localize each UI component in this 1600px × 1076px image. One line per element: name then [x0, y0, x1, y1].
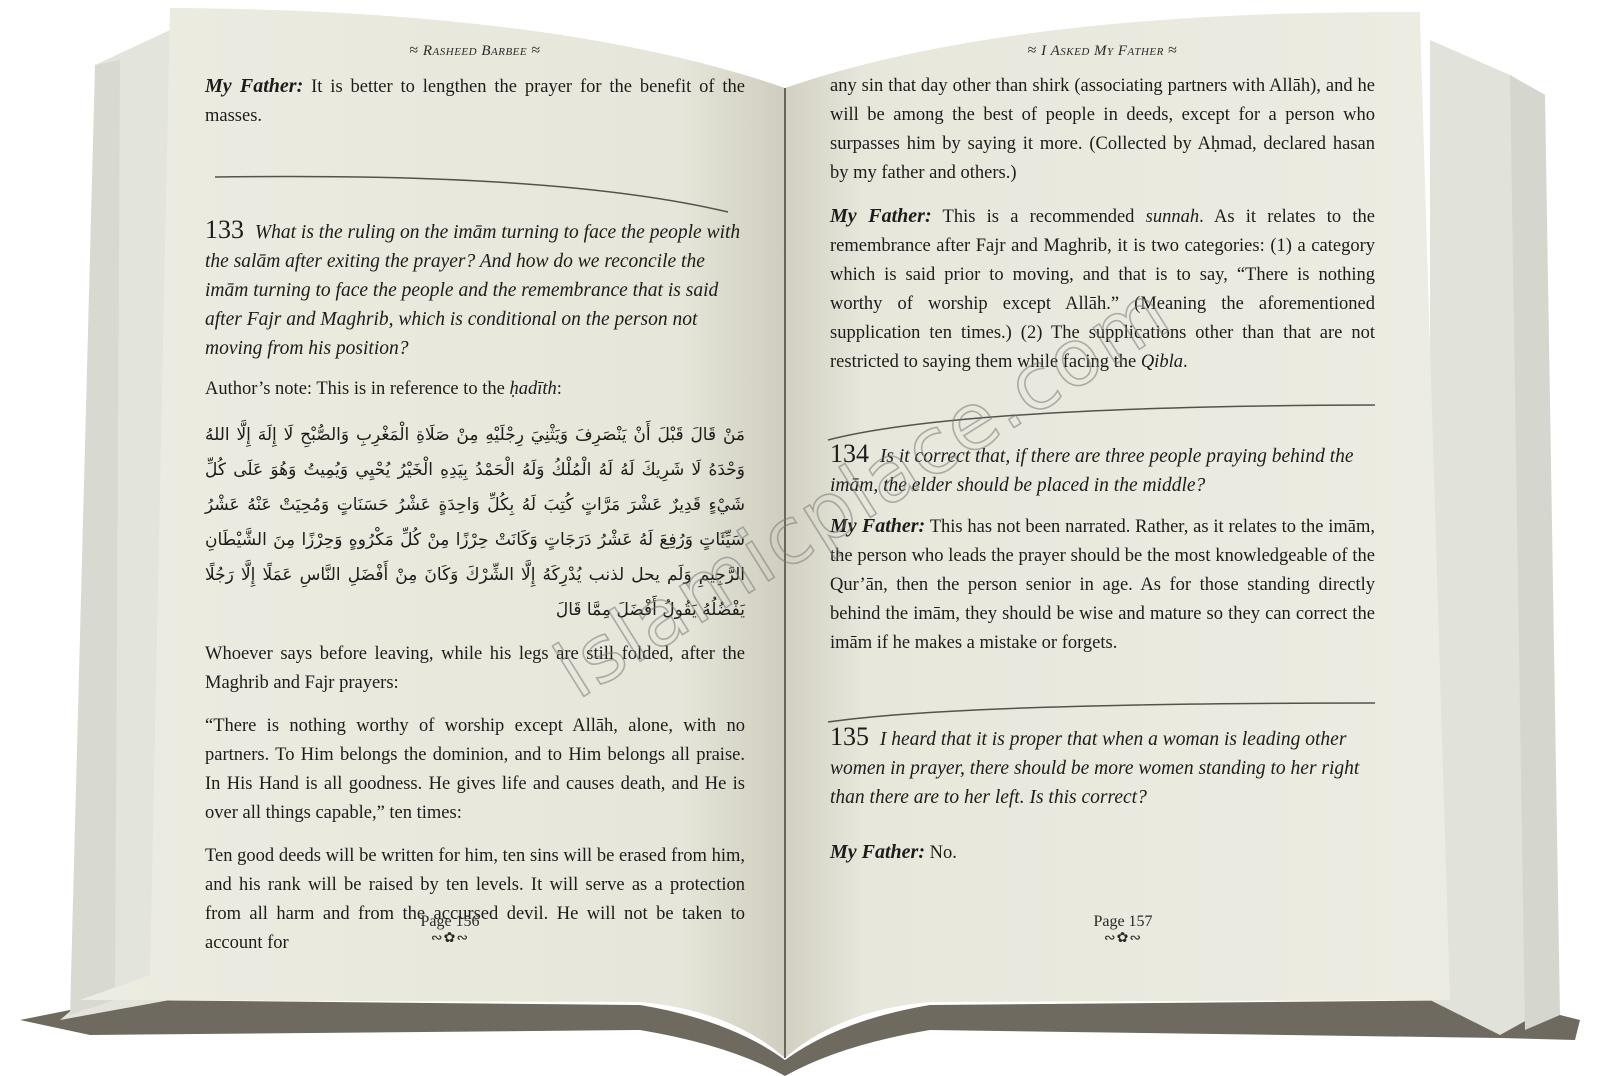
author-note-term: ḥadīth	[510, 379, 557, 399]
question-text: What is the ruling on the imām turning t…	[205, 222, 740, 359]
right-page: ≈ I Asked My Father ≈ any sin that day o…	[830, 40, 1375, 882]
page-number-157: Page 157	[1093, 913, 1152, 930]
author-note-suffix: :	[557, 379, 562, 399]
answer-135: My Father: No.	[830, 838, 1375, 868]
page-number-156: Page 156	[420, 913, 479, 930]
question-text: Is it correct that, if there are three p…	[830, 446, 1354, 496]
term-qibla: Qibla	[1141, 352, 1183, 372]
question-number: 134	[830, 439, 869, 468]
swash-ornament-icon: ≈	[1168, 42, 1177, 59]
speaker-label: My Father:	[830, 841, 925, 863]
question-135: 135 I heard that it is proper that when …	[830, 722, 1375, 812]
speaker-label: My Father:	[205, 75, 303, 97]
divider-spacer	[830, 672, 1375, 722]
right-running-head: ≈ I Asked My Father ≈	[830, 40, 1375, 62]
book-title: I Asked My Father	[1041, 43, 1164, 59]
swash-ornament-icon: ≈	[1028, 42, 1037, 59]
answer-text: This is a recommended	[943, 207, 1146, 227]
answer-132: My Father: It is better to lengthen the …	[205, 72, 745, 131]
translation-intro: Whoever says before leaving, while his l…	[205, 640, 745, 698]
author-note-prefix: Author’s note: This is in reference to t…	[205, 379, 510, 399]
flower-ornament-icon: ∾✿∾	[1068, 931, 1178, 947]
flower-ornament-icon: ∾✿∾	[395, 931, 505, 947]
divider-spacer	[830, 391, 1375, 439]
author-name: Rasheed Barbee	[423, 43, 527, 59]
answer-133: My Father: This is a recommended sunnah.…	[830, 202, 1375, 377]
left-page-footer: Page 156 ∾✿∾	[395, 913, 505, 947]
hadith-quote: “There is nothing worthy of worship exce…	[205, 712, 745, 828]
question-text: I heard that it is proper that when a wo…	[830, 729, 1359, 808]
term-sunnah: sunnah	[1146, 207, 1199, 227]
question-133: 133 What is the ruling on the imām turni…	[205, 215, 745, 363]
left-running-head: ≈ Rasheed Barbee ≈	[205, 40, 745, 62]
speaker-label: My Father:	[830, 515, 925, 537]
swash-ornament-icon: ≈	[409, 42, 418, 59]
hadith-continuation: any sin that day other than shirk (assoc…	[830, 72, 1375, 188]
swash-ornament-icon: ≈	[531, 42, 540, 59]
divider-spacer	[205, 145, 745, 215]
question-number: 133	[205, 215, 244, 244]
answer-text: No.	[930, 843, 957, 863]
answer-text: .	[1183, 352, 1188, 372]
arabic-hadith-text: مَنْ قَالَ قَبْلَ أَنْ يَنْصَرِفَ وَيَثْ…	[205, 418, 745, 628]
answer-text: This has not been narrated. Rather, as i…	[830, 517, 1375, 653]
answer-text: . As it relates to the remembrance after…	[830, 207, 1375, 372]
left-page: ≈ Rasheed Barbee ≈ My Father: It is bett…	[205, 40, 745, 972]
speaker-label: My Father:	[830, 205, 932, 227]
question-number: 135	[830, 722, 869, 751]
author-note: Author’s note: This is in reference to t…	[205, 375, 745, 404]
question-134: 134 Is it correct that, if there are thr…	[830, 439, 1375, 500]
right-page-footer: Page 157 ∾✿∾	[1068, 913, 1178, 947]
answer-134: My Father: This has not been narrated. R…	[830, 512, 1375, 658]
